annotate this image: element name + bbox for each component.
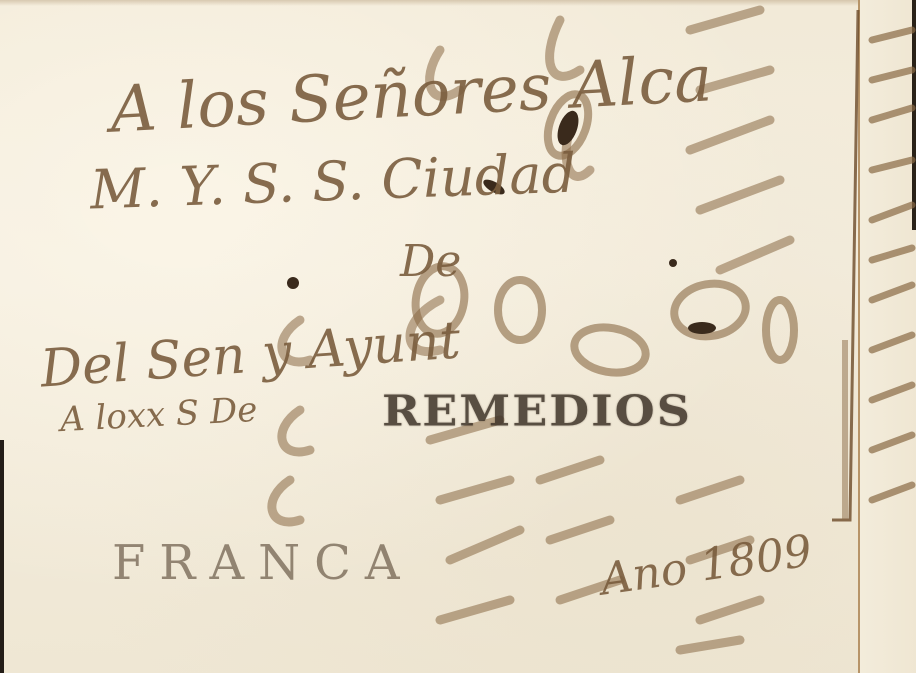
address-line-3: De [400, 236, 461, 287]
remedios-postmark: REMEDIOS [382, 386, 692, 436]
franca-mark: FRANCA [112, 535, 414, 591]
letter-sheet: A los Señores Alca M. Y. S. S. Ciudad De… [0, 0, 916, 673]
